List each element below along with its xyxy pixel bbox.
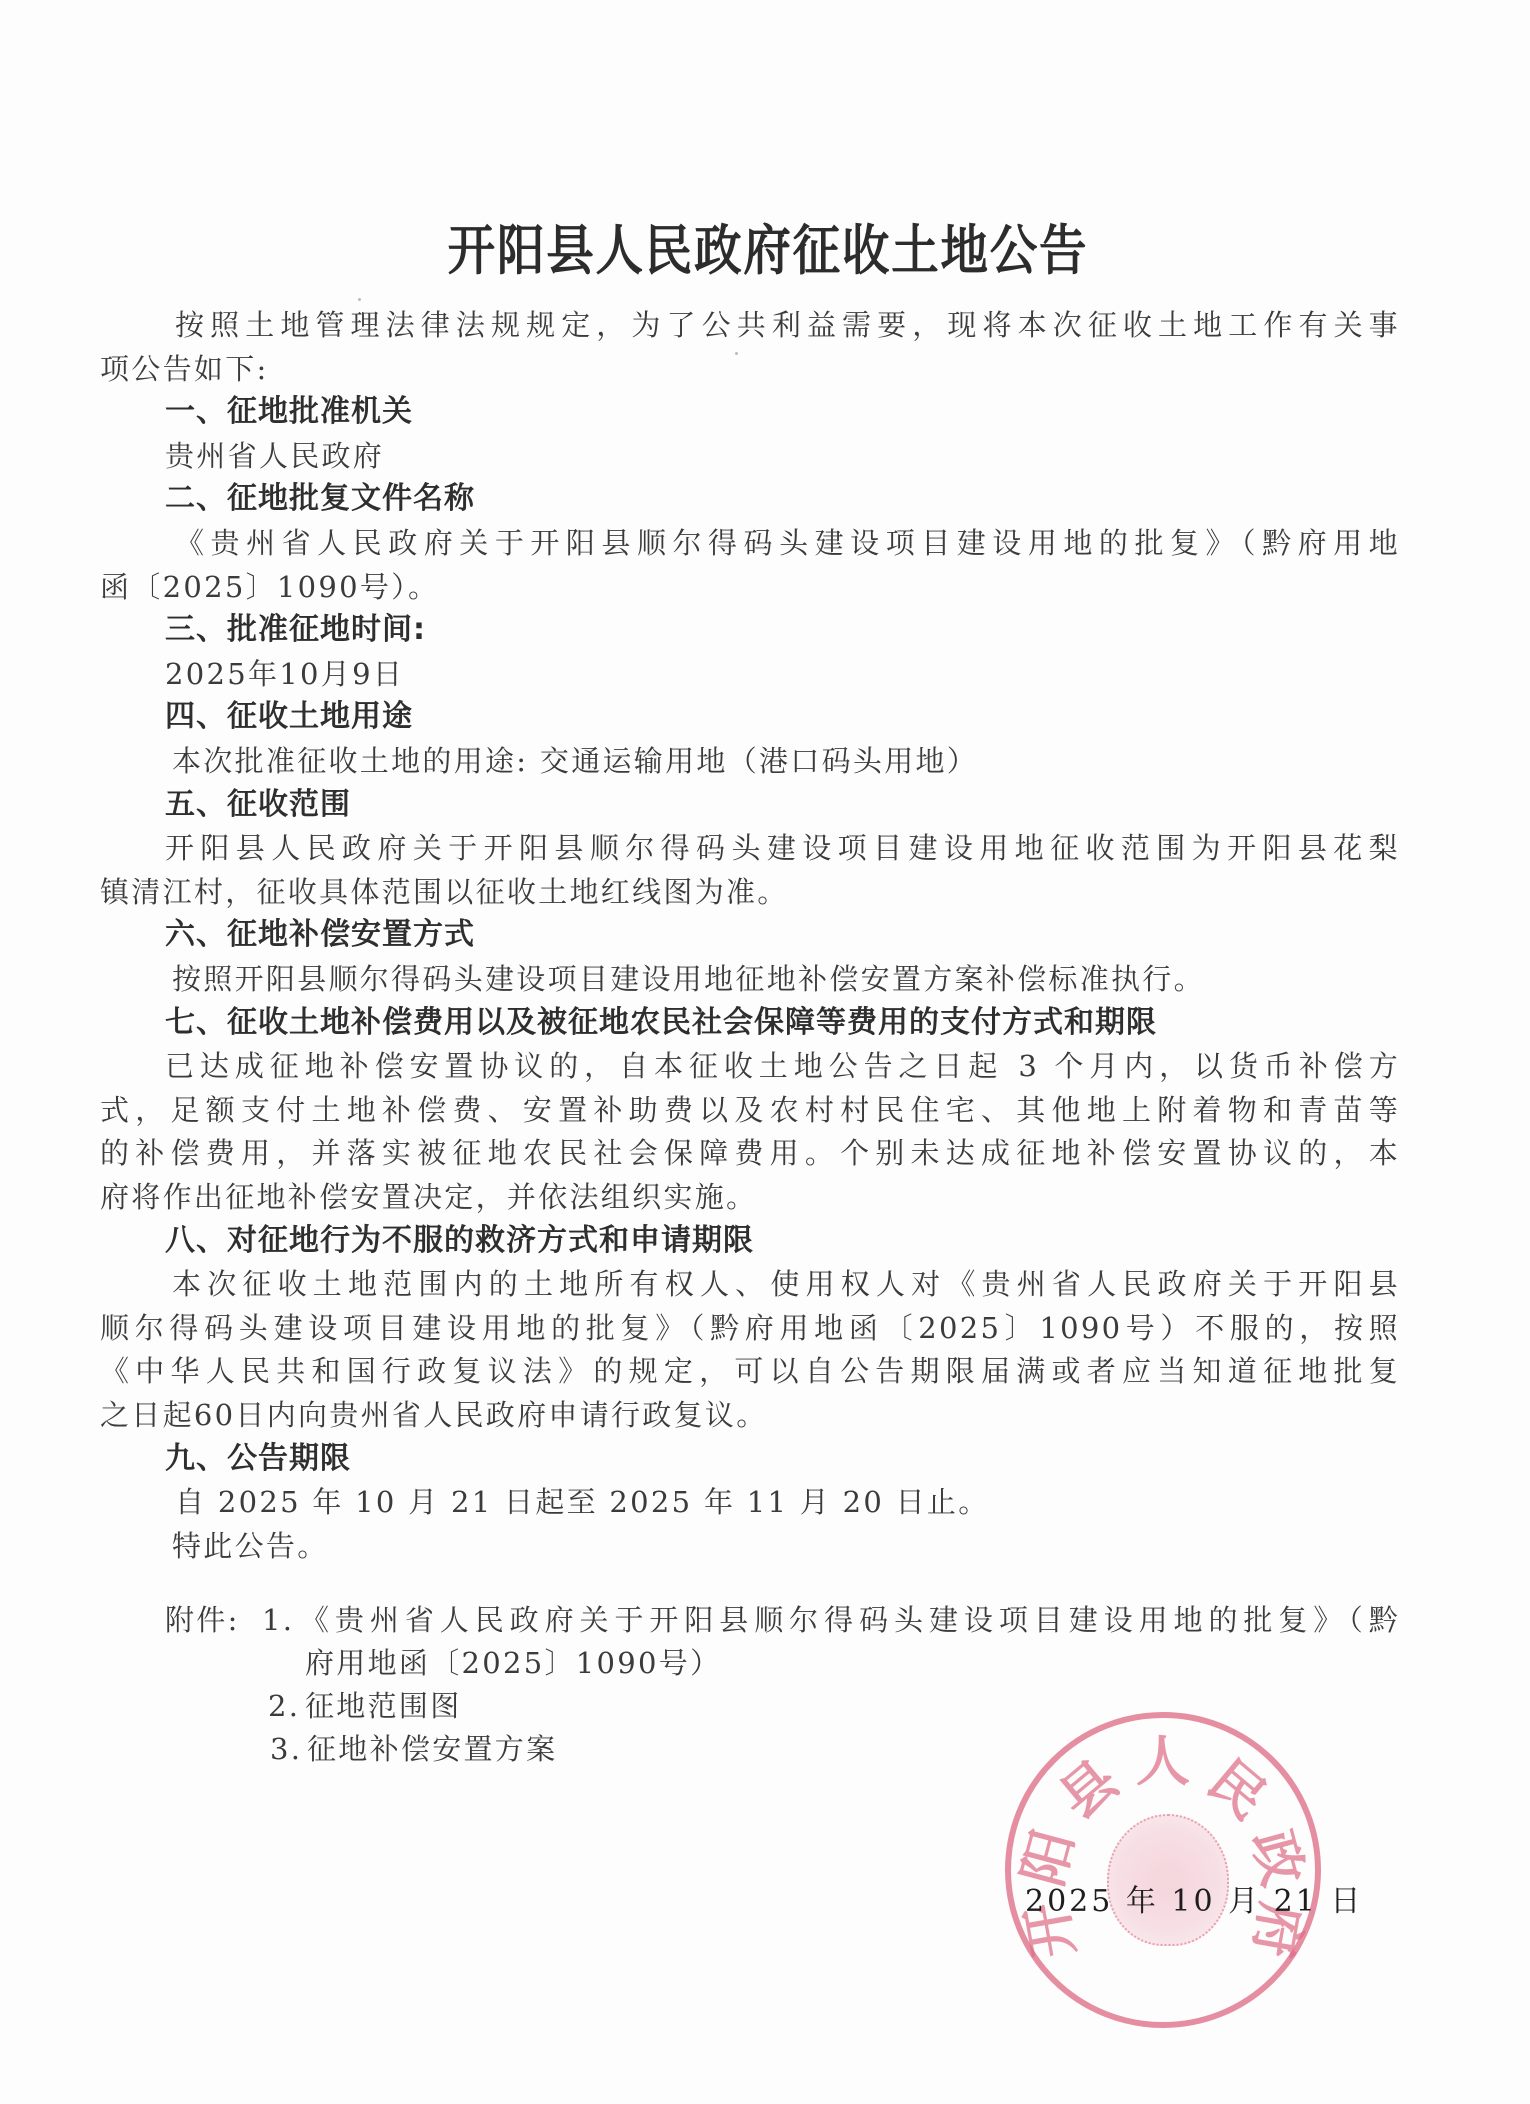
section-heading: 四、征收土地用途	[165, 699, 413, 735]
body-line: 特此公告。	[172, 1528, 329, 1564]
body-line: 《贵州省人民政府关于开阳县顺尔得码头建设项目建设用地的批复》（黔府用地	[175, 525, 1400, 561]
section-heading: 八、对征地行为不服的救济方式和申请期限	[165, 1223, 754, 1259]
seal-char: 人	[1133, 1732, 1193, 1792]
scan-speck	[735, 352, 738, 355]
body-line: 府将作出征地补偿安置决定，并依法组织实施。	[100, 1179, 757, 1215]
body-line: 顺尔得码头建设项目建设用地的批复》（黔府用地函〔2025〕1090号）不服的，按…	[100, 1310, 1400, 1346]
body-line: 函〔2025〕1090号）。	[100, 569, 439, 605]
section-heading: 五、征收范围	[165, 787, 351, 823]
section-heading: 九、公告期限	[165, 1441, 351, 1477]
section-heading: 六、征地补偿安置方式	[165, 917, 475, 953]
section-heading: 七、征收土地补偿费用以及被征地农民社会保障等费用的支付方式和期限	[165, 1005, 1157, 1041]
attachment-1-continuation: 府用地函〔2025〕1090号）	[305, 1645, 721, 1681]
attachment-2-number: 2.	[268, 1688, 300, 1724]
attachments-label: 附件:	[165, 1602, 240, 1638]
section-heading: 二、征地批复文件名称	[165, 481, 475, 517]
attachment-3-number: 3.	[270, 1731, 302, 1767]
attachment-3-text: 征地补偿安置方案	[307, 1731, 557, 1767]
section-heading: 一、征地批准机关	[165, 394, 413, 430]
body-line: 式，足额支付土地补偿费、安置补助费以及农村村民住宅、其他地上附着物和青苗等	[100, 1092, 1400, 1128]
attachment-1-number: 1.	[262, 1602, 294, 1638]
body-line: 《中华人民共和国行政复议法》的规定，可以自公告期限届满或者应当知道征地批复	[100, 1353, 1400, 1389]
seal-char: 县	[1047, 1748, 1132, 1833]
body-line: 本次批准征收土地的用途: 交通运输用地（港口码头用地）	[172, 743, 978, 779]
attachment-1-text: 《贵州省人民政府关于开阳县顺尔得码头建设项目建设用地的批复》（黔	[300, 1602, 1400, 1638]
body-line: 本次征收土地范围内的土地所有权人、使用权人对《贵州省人民政府关于开阳县	[172, 1266, 1400, 1302]
body-line: 贵州省人民政府	[165, 438, 384, 474]
document-page: 开阳县人民政府征收土地公告 按照土地管理法律法规规定，为了公共利益需要，现将本次…	[0, 0, 1530, 2104]
scan-speck	[358, 298, 361, 301]
body-line: 按照开阳县顺尔得码头建设项目建设用地征地补偿安置方案补偿标准执行。	[172, 961, 1205, 997]
body-line: 2025年10月9日	[165, 656, 404, 692]
body-line: 的补偿费用，并落实被征地农民社会保障费用。个别未达成征地补偿安置协议的，本	[100, 1135, 1400, 1171]
signature-date: 2025 年 10 月 21 日	[1025, 1876, 1363, 1920]
body-line: 项公告如下:	[100, 351, 269, 387]
official-seal: 开 阳 县 人 民 政 府	[1005, 1712, 1321, 2028]
body-line: 镇清江村，征收具体范围以征收土地红线图为准。	[100, 874, 789, 910]
body-line: 自 2025 年 10 月 21 日起至 2025 年 11 月 20 日止。	[175, 1484, 990, 1520]
body-line: 之日起60日内向贵州省人民政府申请行政复议。	[100, 1397, 768, 1433]
seal-char: 民	[1195, 1748, 1280, 1833]
body-line: 已达成征地补偿安置协议的，自本征收土地公告之日起 3 个月内，以货币补偿方	[165, 1048, 1400, 1084]
body-line: 开阳县人民政府关于开阳县顺尔得码头建设项目建设用地征收范围为开阳县花梨	[165, 830, 1400, 866]
section-heading: 三、批准征地时间:	[165, 612, 426, 648]
document-title: 开阳县人民政府征收土地公告	[95, 208, 1441, 285]
body-line: 按照土地管理法律法规规定，为了公共利益需要，现将本次征收土地工作有关事	[175, 307, 1400, 343]
attachment-2-text: 征地范围图	[305, 1688, 462, 1724]
